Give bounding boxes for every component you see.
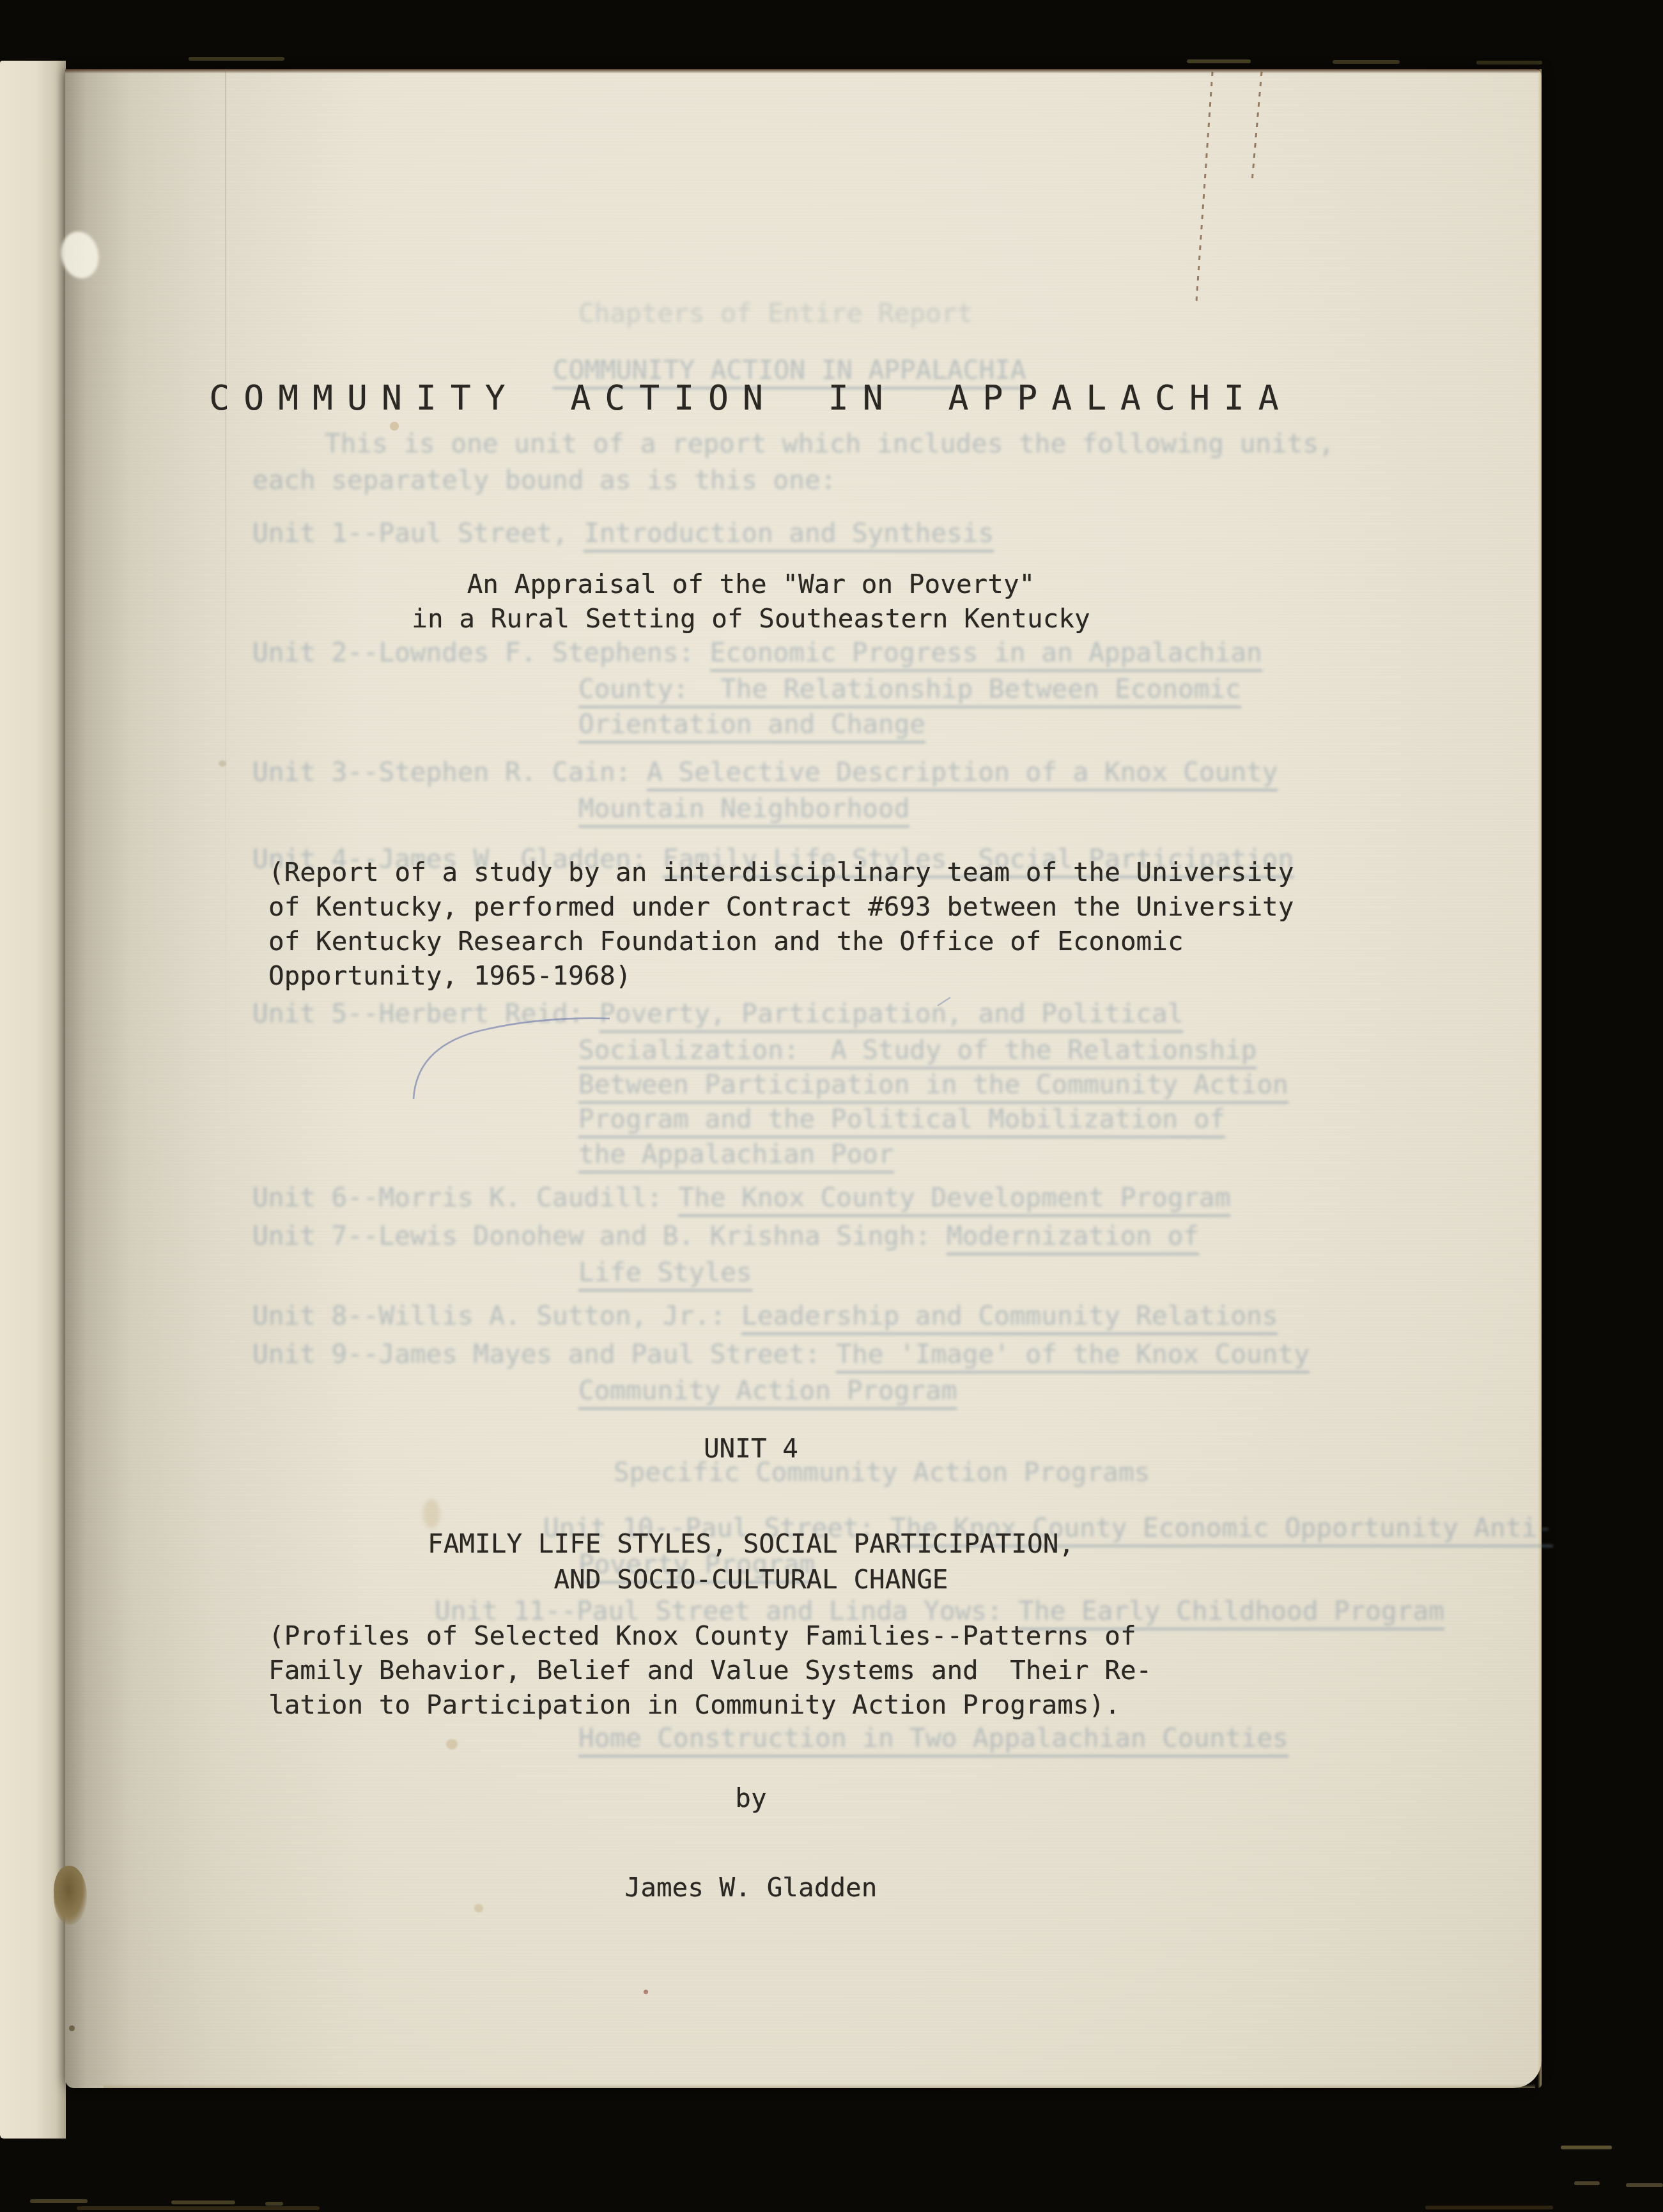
scan-artifact-dash — [1187, 59, 1251, 63]
bleedthrough-line: Community Action Program — [578, 1378, 957, 1404]
report-note-line-2: of Kentucky, performed under Contract #6… — [268, 889, 1294, 924]
scan-artifact-dash — [77, 2206, 320, 2210]
page-top-edge — [65, 69, 1542, 73]
bleedthrough-line: Unit 9--James Mayes and Paul Street: The… — [252, 1341, 1310, 1367]
unit-note-line-3: lation to Participation in Community Act… — [268, 1687, 1120, 1722]
report-note-line-3: of Kentucky Research Foundation and the … — [268, 924, 1184, 958]
author-name: James W. Gladden — [65, 1870, 1437, 1905]
bleedthrough-line: Unit 8--Willis A. Sutton, Jr.: Leadershi… — [252, 1303, 1278, 1329]
bleedthrough-line: Life Styles — [578, 1259, 752, 1286]
page: Chapters of Entire ReportCOMMUNITY ACTIO… — [65, 69, 1542, 2088]
stain — [474, 1904, 483, 1912]
bleedthrough-line: the Appalachian Poor — [578, 1141, 894, 1167]
bleedthrough-line: Unit 6--Morris K. Caudill: The Knox Coun… — [252, 1185, 1230, 1211]
report-note-line-1: (Report of a study by an interdisciplina… — [268, 855, 1294, 889]
scan-artifact-dash — [1574, 2181, 1600, 2185]
scan-artifact-dash — [1561, 2146, 1612, 2149]
stain — [446, 1739, 458, 1749]
bleedthrough-line: This is one unit of a report which inclu… — [325, 431, 1334, 457]
subtitle-line-1: An Appraisal of the "War on Poverty" — [65, 567, 1437, 601]
scan-artifact-dash — [1626, 2183, 1663, 2187]
stain — [644, 1990, 648, 1994]
scan-artifact-dash — [265, 2202, 283, 2206]
scan-artifact-dash — [1333, 60, 1400, 64]
spine-stain-dot — [69, 2025, 75, 2031]
bleedthrough-line: each separately bound as is this one: — [252, 467, 836, 493]
spine-stain — [54, 1866, 87, 1924]
bleedthrough-line: Chapters of Entire Report — [578, 300, 973, 326]
bleedthrough-line: Mountain Neighborhood — [578, 795, 909, 822]
series-title: COMMUNITY ACTION IN APPALACHIA — [65, 376, 1437, 421]
scan-artifact-dash — [189, 57, 284, 61]
bleedthrough-line: Unit 7--Lewis Donohew and B. Krishna Sin… — [252, 1223, 1199, 1249]
scan-artifact-dash — [1476, 61, 1542, 65]
stain — [219, 760, 226, 767]
bleedthrough-line: Unit 2--Lowndes F. Stephens: Economic Pr… — [252, 640, 1262, 666]
unit-label: UNIT 4 — [65, 1431, 1437, 1466]
unit-title-line-2: AND SOCIO-CULTURAL CHANGE — [65, 1562, 1437, 1597]
bleedthrough-line: County: The Relationship Between Economi… — [578, 676, 1241, 702]
stain — [390, 422, 399, 431]
bleedthrough-line: Home Construction in Two Appalachian Cou… — [578, 1725, 1288, 1751]
byline: by — [65, 1781, 1437, 1815]
report-note-line-4: Opportunity, 1965-1968) — [268, 958, 631, 993]
bleedthrough-line: Orientation and Change — [578, 711, 925, 737]
scan-artifact-dash — [1425, 2206, 1553, 2209]
adjacent-page-edge — [0, 61, 66, 2139]
subtitle-line-2: in a Rural Setting of Southeastern Kentu… — [65, 601, 1437, 636]
bleedthrough-line: Unit 1--Paul Street, Introduction and Sy… — [252, 520, 994, 546]
page-right-edge — [1538, 69, 1542, 2088]
unit-note-line-2: Family Behavior, Belief and Value System… — [268, 1653, 1152, 1687]
scan-artifact-dash — [171, 2200, 235, 2204]
pen-mark — [398, 989, 973, 1130]
bleedthrough-line: Unit 3--Stephen R. Cain: A Selective Des… — [252, 759, 1278, 785]
unit-note-line-1: (Profiles of Selected Knox County Famili… — [268, 1618, 1136, 1653]
scanned-document: { "document": { "series_title": "COMMUNI… — [0, 0, 1663, 2212]
stain — [423, 1499, 440, 1528]
page-bottom-edge — [104, 2084, 1535, 2088]
scan-artifact-dash — [30, 2199, 88, 2203]
unit-title-line-1: FAMILY LIFE STYLES, SOCIAL PARTICIPATION… — [65, 1526, 1437, 1561]
